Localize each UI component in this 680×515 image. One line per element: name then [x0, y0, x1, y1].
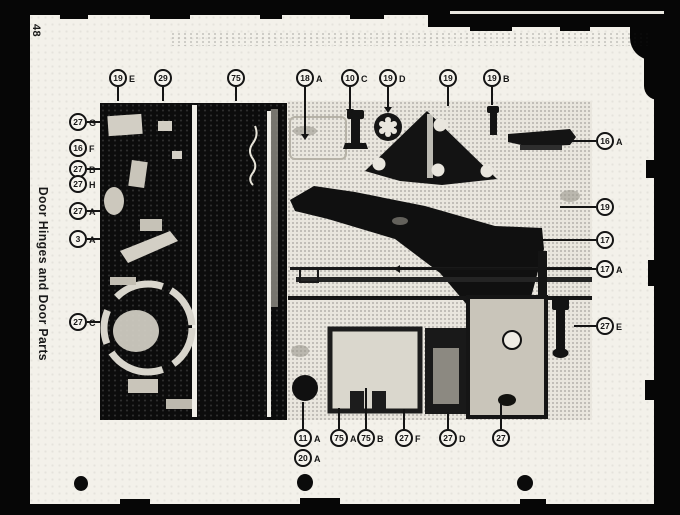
scan-speck — [646, 160, 656, 178]
parts-photo-collage — [100, 101, 592, 420]
scan-speck — [648, 260, 656, 286]
callout-leader-line — [162, 87, 164, 101]
callout-number: 75 — [330, 429, 348, 447]
scan-speck — [120, 499, 150, 504]
callout-number: 19 — [379, 69, 397, 87]
scan-border-left — [0, 0, 30, 515]
knob-part — [292, 375, 318, 401]
callout-number: 27 — [69, 313, 87, 331]
callout-leader-line — [338, 408, 340, 429]
callout-leader-line — [304, 87, 306, 134]
callout-suffix: B — [503, 75, 510, 84]
callout-leader-line — [500, 403, 502, 429]
callout-number: 17 — [596, 231, 614, 249]
callout-suffix: D — [399, 75, 406, 84]
callout-leader-line — [560, 206, 596, 208]
callout-leader-line — [117, 87, 119, 101]
callout-leader-line — [349, 87, 351, 109]
callout-suffix: A — [616, 138, 623, 147]
dark-panel-part — [425, 328, 469, 414]
callout-number: 27 — [69, 175, 87, 193]
callout-number: 27 — [492, 429, 510, 447]
callout-number: 17 — [596, 260, 614, 278]
scan-white-streak — [450, 11, 664, 14]
scan-speck — [300, 498, 340, 504]
callout-leader-line — [87, 238, 100, 240]
callout-suffix: F — [415, 435, 421, 444]
door-hinge-hardware-blobs — [104, 114, 192, 409]
callout-number: 20 — [294, 449, 312, 467]
callout-suffix: A — [314, 435, 321, 444]
callout-leader-line — [543, 239, 596, 241]
callout-leader-line — [447, 87, 449, 106]
end-plate-part — [468, 297, 546, 417]
scan-dot-strip — [170, 32, 650, 46]
callout-number: 19 — [483, 69, 501, 87]
callout-leader-line — [400, 268, 596, 270]
scan-speck — [60, 15, 88, 19]
shoulder-screw-part — [552, 297, 569, 358]
callout-leader-line — [387, 87, 389, 107]
callout-leader-line — [87, 321, 100, 323]
callout-suffix: A — [616, 266, 623, 275]
punch-hole — [74, 476, 88, 491]
callout-leader-line — [574, 325, 596, 327]
callout-number: 10 — [341, 69, 359, 87]
callout-number: 27 — [596, 317, 614, 335]
callout-number: 16 — [69, 139, 87, 157]
scan-border-corner — [644, 55, 680, 100]
page-number: 48 — [30, 24, 42, 37]
callout-leader-line — [403, 409, 405, 429]
callout-number: 75 — [357, 429, 375, 447]
callout-leader-line — [87, 210, 100, 212]
scanned-catalog-page: 48 Door Hinges and Door Parts — [0, 0, 680, 515]
callout-leader-line — [302, 402, 304, 429]
callout-number: 19 — [439, 69, 457, 87]
scan-speck — [645, 380, 656, 400]
callout-suffix: D — [459, 435, 466, 444]
door-edge-highlights — [192, 105, 278, 417]
hinge-bolt-part — [487, 106, 499, 135]
door-gasket-ring — [104, 284, 192, 372]
scan-speck — [350, 14, 384, 19]
callout-number: 19 — [596, 198, 614, 216]
photo-artwork — [100, 101, 592, 420]
scan-speck — [260, 15, 282, 19]
callout-suffix: E — [616, 323, 622, 332]
door-brand-script — [250, 126, 257, 185]
callout-number: 27 — [395, 429, 413, 447]
punch-hole — [297, 474, 313, 491]
scan-speck — [150, 14, 190, 19]
callout-leader-line — [563, 140, 596, 142]
callout-leader-line — [491, 87, 493, 105]
callout-number: 18 — [296, 69, 314, 87]
callout-leader-arrow — [394, 265, 400, 273]
scan-border-bottom — [0, 504, 680, 515]
callout-number: 27 — [69, 202, 87, 220]
mounting-plate-part — [330, 329, 420, 411]
callout-number: 16 — [596, 132, 614, 150]
scan-speck — [470, 27, 512, 31]
callout-suffix: H — [89, 181, 96, 190]
scan-speck — [560, 26, 590, 31]
scan-border-corner — [630, 0, 680, 60]
star-washer-part — [374, 113, 402, 141]
callout-suffix: A — [314, 455, 321, 464]
callout-leader-arrow — [384, 107, 392, 113]
callout-number: 27 — [439, 429, 457, 447]
callout-leader-arrow — [346, 109, 354, 115]
callout-suffix: A — [316, 75, 323, 84]
callout-leader-line — [447, 412, 449, 429]
callout-suffix: F — [89, 145, 95, 154]
scan-speck — [520, 499, 546, 504]
callout-suffix: A — [350, 435, 357, 444]
callout-suffix: C — [361, 75, 368, 84]
callout-leader-arrow — [301, 134, 309, 140]
callout-leader-line — [235, 87, 237, 101]
callout-number: 11 — [294, 429, 312, 447]
punch-hole — [517, 475, 533, 491]
callout-number: 27 — [69, 113, 87, 131]
callout-suffix: B — [377, 435, 384, 444]
callout-number: 75 — [227, 69, 245, 87]
ghost-plate-outline — [290, 117, 346, 159]
callout-leader-line — [365, 388, 367, 429]
callout-leader-line — [87, 168, 100, 170]
callout-number: 19 — [109, 69, 127, 87]
callout-suffix: E — [129, 75, 135, 84]
callout-leader-line — [87, 121, 100, 123]
callout-number: 29 — [154, 69, 172, 87]
page-title: Door Hinges and Door Parts — [36, 187, 51, 361]
callout-number: 3 — [69, 230, 87, 248]
